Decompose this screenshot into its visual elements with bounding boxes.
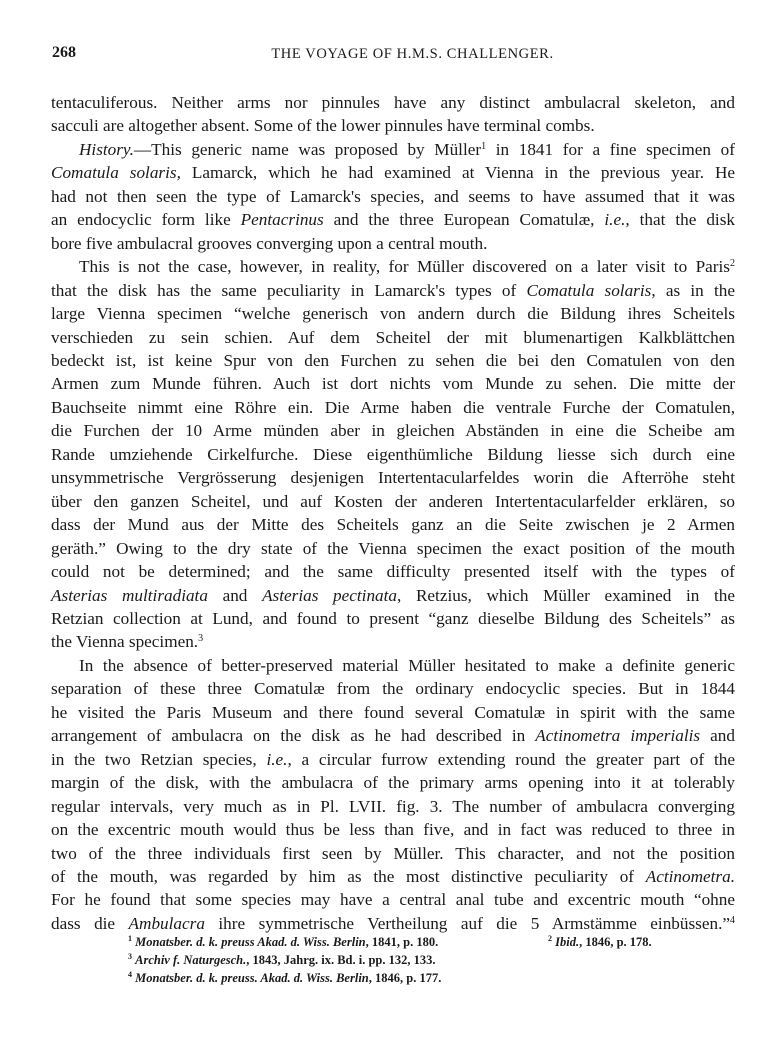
text-line: Retzian collection at Lund, and found to… [51,607,735,630]
footnote-marker: 4 [128,970,132,979]
text-line: In the absence of better-preserved mater… [51,654,735,677]
citation-detail: , 1843, Jahrg. ix. Bd. i. pp. 132, 133. [246,953,435,967]
text-span: that the disk has the same peculiarity i… [51,281,526,300]
text-line: die Furchen der 10 Arme münden aber in g… [51,419,735,442]
text-line: über den ganzen Scheitel, und auf Kosten… [51,490,735,513]
text-line: large Vienna specimen “welche generisch … [51,302,735,325]
text-line: separation of these three Comatulæ from … [51,677,735,700]
text-span: , as in the [651,281,735,300]
section-label-history: History. [79,140,134,159]
species-name: Comatula solaris [526,281,651,300]
text-line: could not be determined; and the same di… [51,560,735,583]
text-span: an endocyclic form like [51,210,241,229]
citation-title: Archiv f. Naturgesch. [135,953,246,967]
text-span: —This generic name was proposed by Mülle… [134,140,481,159]
text-line: in the two Retzian species, i.e., a circ… [51,748,735,771]
text-line: Comatula solaris, Lamarck, which he had … [51,161,735,184]
footnotes: 1 Monatsber. d. k. preuss Akad. d. Wiss.… [128,933,688,987]
text-line: on the excentric mouth would thus be les… [51,818,735,841]
text-line: two of the three individuals first seen … [51,842,735,865]
genus-name: Pentacrinus [241,210,324,229]
page-header: 268 THE VOYAGE OF H.M.S. CHALLENGER. [50,44,735,66]
abbreviation: i.e. [604,210,625,229]
abbreviation: i.e. [266,750,287,769]
footnote-2: 2 Ibid., 1846, p. 178. [548,933,652,951]
genus-name: Actinometra. [646,867,735,886]
running-title: THE VOYAGE OF H.M.S. CHALLENGER. [50,46,735,63]
text-span: This is not the case, however, in realit… [79,257,730,276]
text-span: , that the disk [625,210,735,229]
text-span: in the two Retzian species, [51,750,266,769]
text-line: For he found that some species may have … [51,888,735,911]
text-line: dass die Ambulacra ihre symmetrische Ver… [51,912,735,935]
footnote-marker: 2 [548,934,552,943]
text-line: Bauchseite nimmt eine Röhre ein. Die Arm… [51,396,735,419]
text-span: in 1841 for a fine specimen of [486,140,735,159]
text-line: verschieden zu sein schien. Auf dem Sche… [51,326,735,349]
text-span: dass die [51,914,129,933]
text-line: dass der Mund aus der Mitte des Scheitel… [51,513,735,536]
text-line: This is not the case, however, in realit… [51,255,735,278]
species-name: Actinometra imperialis [535,726,700,745]
text-line: the Vienna specimen.3 [51,630,735,653]
text-span: arrangement of ambulacra on the disk as … [51,726,535,745]
text-span: , a circular furrow extending round the … [287,750,735,769]
text-span: Lamarck, which he had examined at Vienna… [181,163,735,182]
text-line: sacculi are altogether absent. Some of t… [51,114,735,137]
text-line: Rande umziehende Cirkelfurche. Diese eig… [51,443,735,466]
citation-title: Ibid. [555,935,579,949]
text-span: ihre symmetrische Vertheilung auf die 5 … [205,914,730,933]
text-span: and [700,726,735,745]
text-line: Asterias multiradiata and Asterias pecti… [51,584,735,607]
citation-detail: , 1846, p. 177. [369,971,442,985]
body-text: tentaculiferous. Neither arms nor pinnul… [51,91,735,935]
text-line: History.—This generic name was proposed … [51,138,735,161]
text-span: of the mouth, was regarded by him as the… [51,867,646,886]
footnote-ref-2[interactable]: 2 [730,258,735,269]
footnote-marker: 3 [128,952,132,961]
text-line: that the disk has the same peculiarity i… [51,279,735,302]
text-span: , Retzius, which Müller examined in the [397,586,735,605]
footnote-ref-4[interactable]: 4 [730,915,735,926]
text-line: bore five ambulacral grooves converging … [51,232,735,255]
citation-title: Monatsber. d. k. preuss Akad. d. Wiss. B… [135,935,366,949]
text-line: margin of the disk, with the ambulacra o… [51,771,735,794]
footnote-marker: 1 [128,934,132,943]
text-line: unsymmetrische Vergrösserung desjenigen … [51,466,735,489]
text-line: arrangement of ambulacra on the disk as … [51,724,735,747]
footnote-4: 4 Monatsber. d. k. preuss. Akad. d. Wiss… [128,969,688,987]
text-line: Armen zum Munde führen. Auch ist dort ni… [51,372,735,395]
footnote-ref-3[interactable]: 3 [198,633,203,644]
citation-title: Monatsber. d. k. preuss. Akad. d. Wiss. … [135,971,369,985]
text-line: geräth.” Owing to the dry state of the V… [51,537,735,560]
text-span: and the three European Comatulæ, [324,210,605,229]
term-italic: Ambulacra [129,914,205,933]
text-line: had not then seen the type of Lamarck's … [51,185,735,208]
citation-detail: , 1846, p. 178. [579,935,652,949]
text-span: and [208,586,262,605]
species-name: Asterias multiradiata [51,586,208,605]
text-line: tentaculiferous. Neither arms nor pinnul… [51,91,735,114]
species-name: Comatula solaris, [51,163,181,182]
species-name: Asterias pectinata [262,586,397,605]
citation-detail: , 1841, p. 180. [366,935,439,949]
text-line: he visited the Paris Museum and there fo… [51,701,735,724]
text-line: regular intervals, very much as in Pl. L… [51,795,735,818]
text-line: an endocyclic form like Pentacrinus and … [51,208,735,231]
text-line: bedeckt ist, ist keine Spur von den Furc… [51,349,735,372]
text-span: the Vienna specimen. [51,632,198,651]
text-line: of the mouth, was regarded by him as the… [51,865,735,888]
footnote-3: 3 Archiv f. Naturgesch., 1843, Jahrg. ix… [128,951,688,969]
